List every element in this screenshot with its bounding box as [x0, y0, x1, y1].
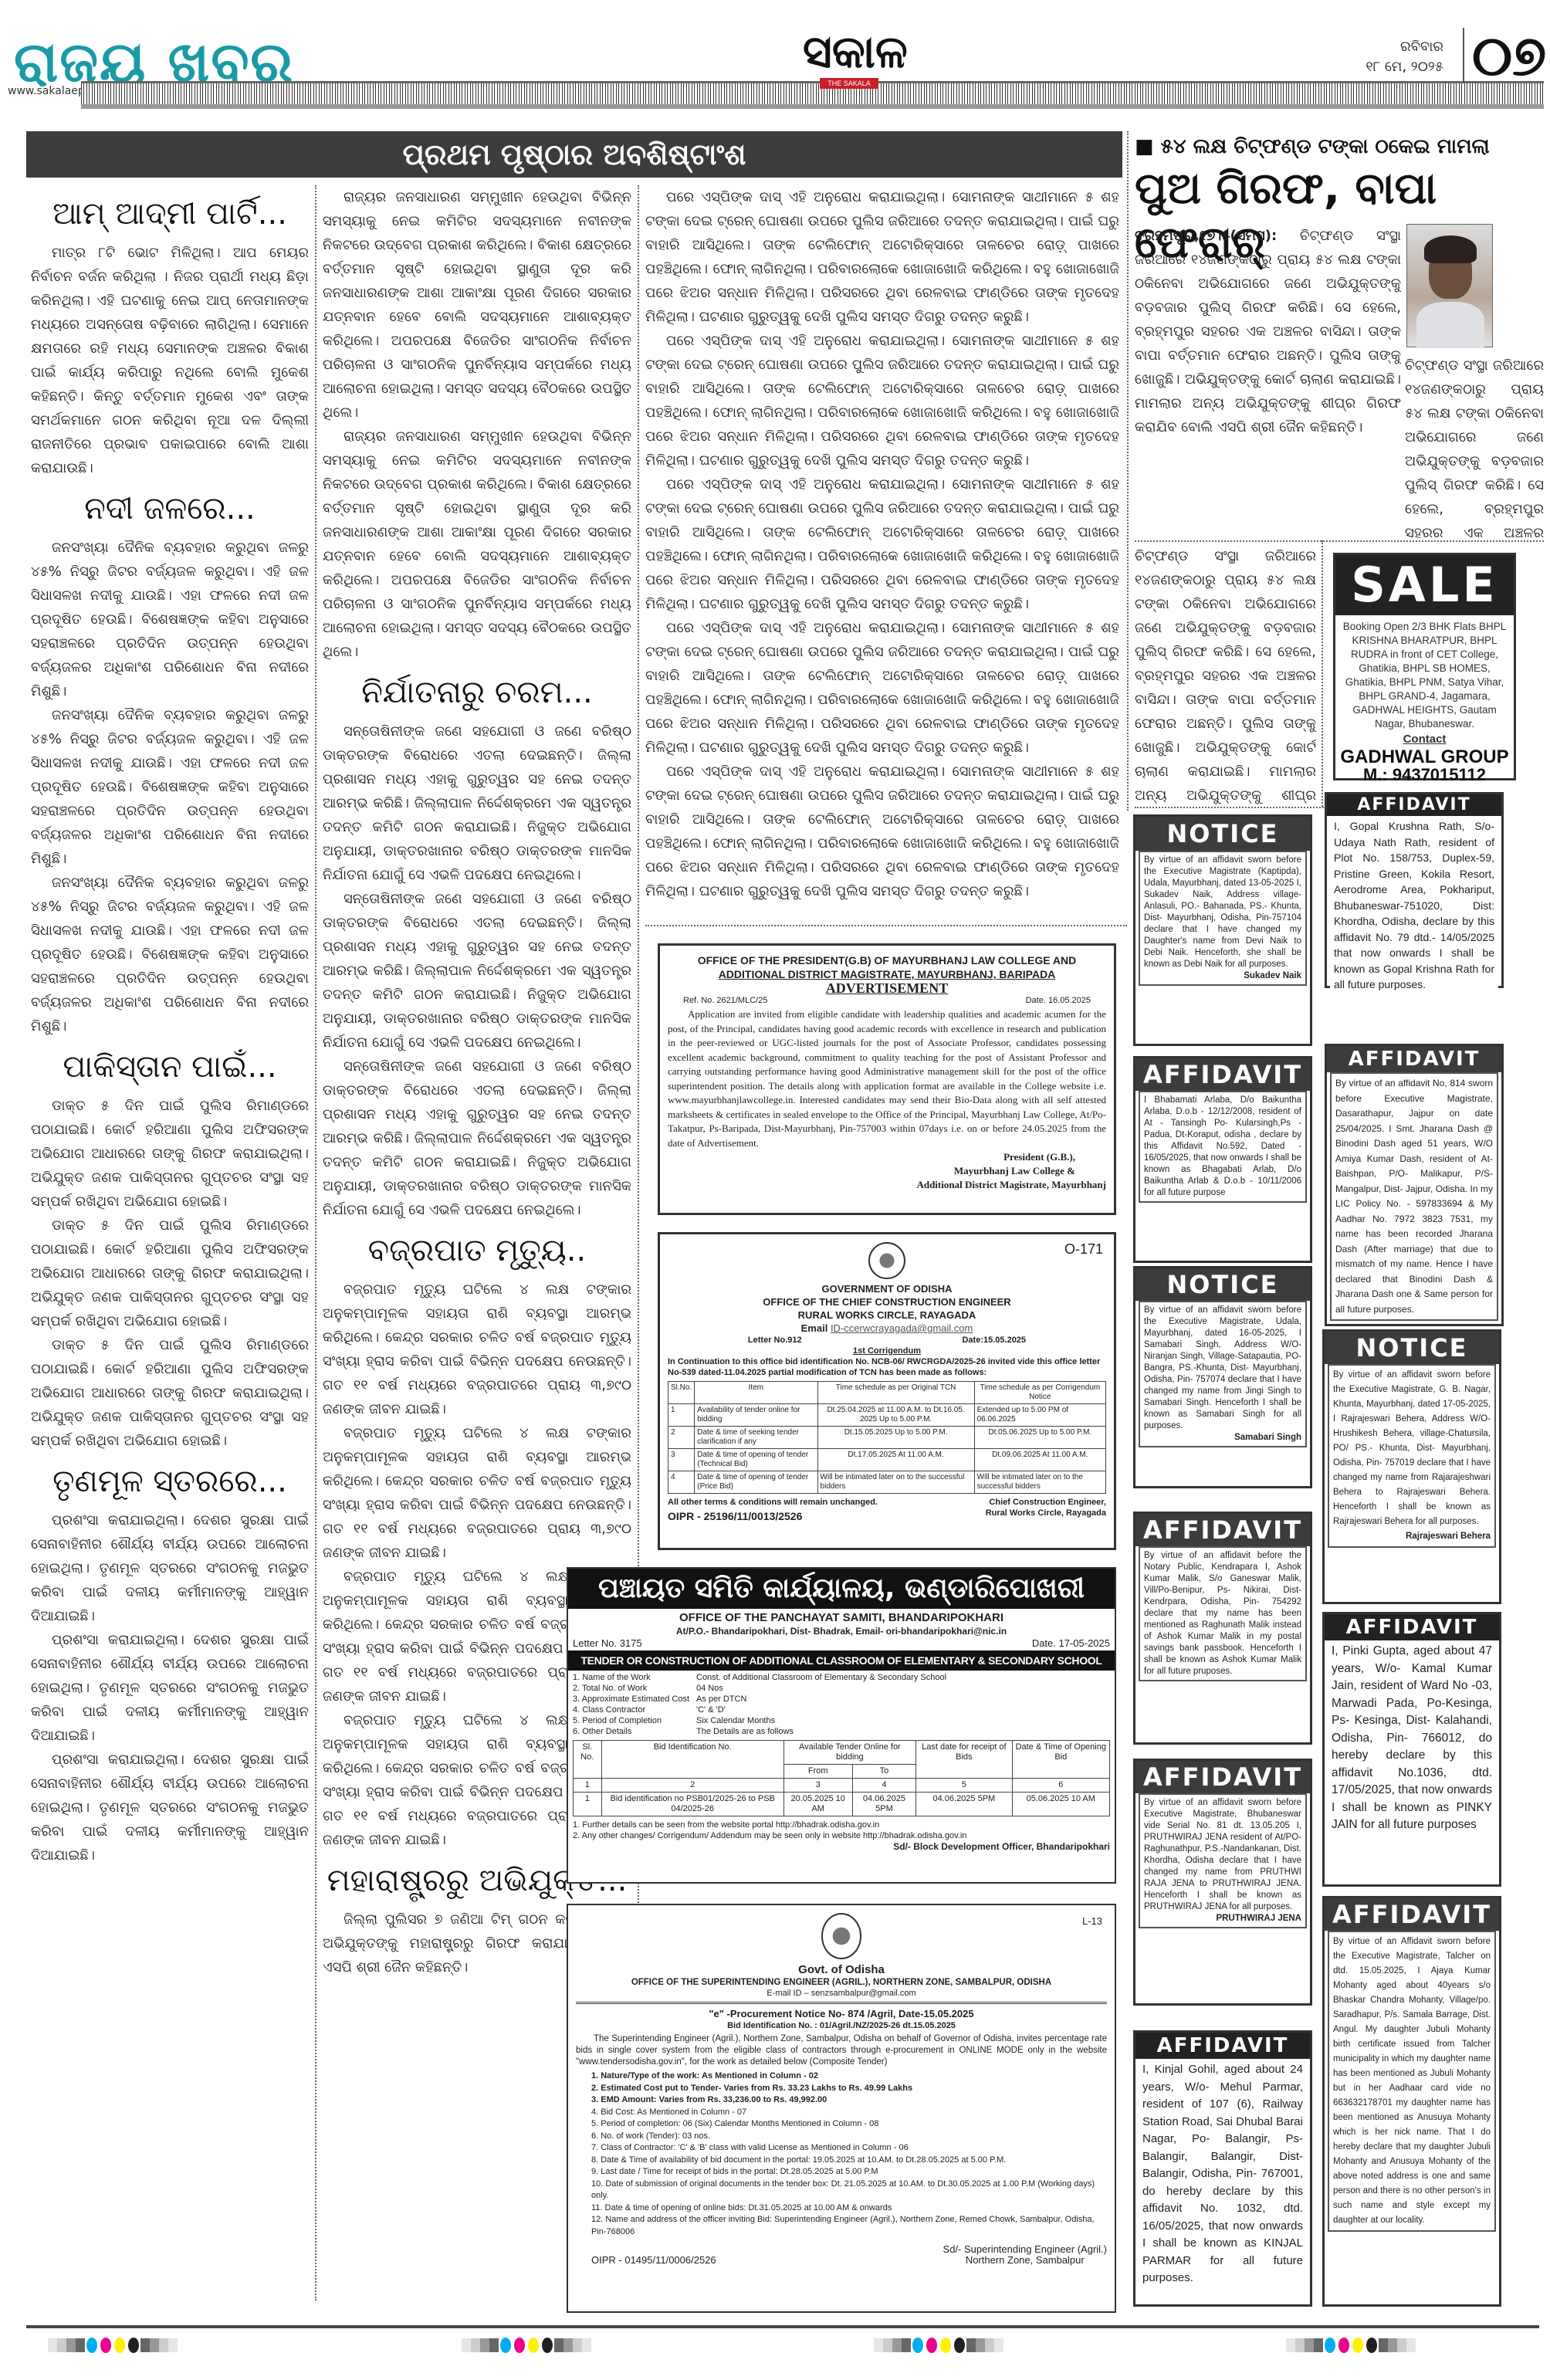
ad-office-line: OFFICE OF THE SUPERINTENDING ENGINEER (A…: [576, 1977, 1107, 1988]
ad-subtitle: TENDER OR CONSTRUCTION OF ADDITIONAL CLA…: [568, 1650, 1115, 1671]
oipr-number: OIPR - 25196/11/0013/2526: [668, 1511, 878, 1522]
ad-body: Application are invited from eligible ca…: [668, 1007, 1106, 1150]
article-body: ଜନସଂଖ୍ୟା ଦୈନିକ ବ୍ୟବହାର କରୁଥିବା ଜଳରୁ ୪୫% …: [31, 703, 309, 871]
article-body: ପରେ ଏସ୍‌ପିଙ୍କ ଦାସ୍ ଏହି ଅନୁରୋଧ କରାଯାଇଥିଲା…: [645, 329, 1119, 472]
detail-value: Const. of Additional Classroom of Elemen…: [696, 1672, 946, 1683]
classified-body: By virtue of an Affidavit sworn before t…: [1333, 1935, 1491, 2228]
classified-type: AFFIDAVIT: [1135, 1514, 1310, 1546]
table-cell: 5: [916, 1779, 1012, 1793]
classified-body: By virtue of an affidavit sworn before t…: [1144, 1305, 1301, 1432]
table-cell: Will be intimated later on to the succes…: [974, 1471, 1105, 1494]
article-body: ଜନସଂଖ୍ୟା ଦୈନିକ ବ୍ୟବହାର କରୁଥିବା ଜଳରୁ ୪୫% …: [31, 871, 309, 1038]
article-heading: ନଦୀ ଜଳରେ...: [31, 486, 309, 531]
table-subheader: To: [852, 1765, 915, 1779]
sambalpur-procurement-ad: L-13 Govt. of Odisha OFFICE OF THE SUPER…: [567, 1904, 1116, 2313]
email-label: Email: [801, 1322, 828, 1334]
article-body: ସନ୍ତୋଷିନୀଙ୍କ ଜଣେ ସହଯୋଗୀ ଓ ଜଣେ ବରିଷ୍ଠ ଡାକ…: [323, 1055, 631, 1222]
continuation-banner: ପ୍ରଥମ ପୃଷ୍ଠାର ଅବଶିଷ୍ଟାଂଶ: [26, 131, 1122, 178]
ad-ref-row: Ref. No. 2621/MLC/25 Date. 16.05.2025: [668, 995, 1106, 1006]
ad-signatory: Northern Zone, Sambalpur: [943, 2255, 1107, 2266]
story-body-top: ବ୍ରହ୍ମପୁର,୧୭।୫(ସମିସ): ଚିଟ୍‌ଫଣ୍ଡ ସଂସ୍ଥା ଜ…: [1135, 224, 1401, 533]
ad-signatory: Additional District Magistrate, Mayurbha…: [668, 1178, 1106, 1192]
ad-office-line: OFFICE OF THE PANCHAYAT SAMITI, BHANDARI…: [568, 1610, 1115, 1626]
classified-signature: Rajrajeswari Behera: [1333, 1529, 1491, 1544]
ad-item: 12. Name and address of the officer invi…: [591, 2214, 1107, 2238]
ad-date: Date:15.05.2025: [962, 1335, 1026, 1346]
ad-signatory: Sd/- Superintending Engineer (Agril.): [943, 2244, 1107, 2255]
ad-title: ADVERTISEMENT: [668, 983, 1106, 994]
classified-signature: PRUTHWIRAJ JENA: [1144, 1913, 1301, 1925]
classified-type: NOTICE: [1325, 1332, 1499, 1364]
ad-office-line: RURAL WORKS CIRCLE, RAYAGADA: [668, 1308, 1106, 1322]
table-cell: 04.06.2025 5PM: [916, 1793, 1012, 1816]
sale-ad-body: Booking Open 2/3 BHK Flats BHPL KRISHNA …: [1338, 620, 1511, 731]
classified-type: AFFIDAVIT: [1135, 1058, 1310, 1091]
table-cell: Extended up to 5.00 PM of 06.06.2025: [974, 1404, 1105, 1427]
classified-signature: Samabari Singh: [1144, 1432, 1301, 1444]
table-cell: Date & time of opening of tender (Price …: [695, 1471, 817, 1494]
classified-notice: NOTICE By virtue of an affidavit sworn b…: [1133, 814, 1312, 1046]
detail-value: 04 Nos: [696, 1683, 723, 1694]
article-body: ସନ୍ତୋଷିନୀଙ୍କ ଜଣେ ସହଯୋଗୀ ଓ ଜଣେ ବରିଷ୍ଠ ଡାକ…: [323, 719, 631, 887]
detail-label: 4. Class Contractor: [573, 1705, 696, 1715]
classified-notice: NOTICE By virtue of an affidavit sworn b…: [1133, 1266, 1312, 1488]
table-cell: 1: [574, 1779, 602, 1793]
ad-item: 4. Bid Cost: As Mentioned in Column - 07: [591, 2107, 1107, 2119]
ad-item: 8. Date & Time of availability of bid do…: [591, 2155, 1107, 2167]
article-column-1: ଆମ୍ ଆଦ୍ମୀ ପାର୍ଟି... ମାତ୍ର ୮ଟି ଭୋଟ ମିଳିଥି…: [31, 185, 309, 2300]
issue-date: ୧୮ ମେ, ୨୦୨୫: [1343, 59, 1443, 75]
table-row: 1Availability of tender online for biddi…: [668, 1404, 1106, 1427]
detail-value: The Details are as follows: [696, 1726, 794, 1737]
detail-label: 6. Other Details: [573, 1726, 696, 1737]
table-cell: Dt.05.06.2025 Up to 5.00 P.M.: [974, 1427, 1105, 1449]
table-cell: 2: [601, 1779, 783, 1793]
table-cell: 4: [852, 1779, 915, 1793]
print-color-bar: [462, 2338, 678, 2353]
classified-affidavit: AFFIDAVIT I, Pinki Gupta, aged about 47 …: [1322, 1612, 1501, 1887]
column-divider: [315, 185, 316, 2300]
ad-signatory: President (G.B.),: [668, 1150, 1075, 1164]
ad-office-line: OFFICE OF THE PRESIDENT(G.B) OF MAYURBHA…: [668, 953, 1106, 967]
article-body: ବଜ୍ରପାତ ମୃତ୍ୟୁ ଘଟିଲେ ୪ ଲକ୍ଷ ଟଙ୍କାର ଅନୁକମ…: [323, 1421, 631, 1565]
table-header: Time schedule as per Original TCN: [817, 1382, 974, 1404]
table-cell: Will be intimated later on to the succes…: [817, 1471, 974, 1494]
article-body: ଡାକ୍ତ ୫ ଦିନ ପାଇଁ ପୁଲିସ ରିମାଣ୍ଡରେ ପଠାଯାଇଛ…: [31, 1094, 309, 1214]
ad-signatory: Sd/- Block Development Officer, Bhandari…: [573, 1841, 1110, 1852]
logo-tagline: THE SAKALA: [820, 78, 878, 89]
table-cell: Dt.15.05.2025 Up to 5.00 P.M.: [817, 1427, 974, 1449]
article-body: ଡାକ୍ତ ୫ ଦିନ ପାଇଁ ପୁଲିସ ରିମାଣ୍ଡରେ ପଠାଯାଇଛ…: [31, 1333, 309, 1453]
ad-item: 9. Last date / Time for receipt of bids …: [591, 2166, 1107, 2179]
table-header: Last date for receipt of Bids: [916, 1741, 1012, 1779]
section-divider: [645, 925, 1127, 926]
table-row: 3Date & time of opening of tender (Techn…: [668, 1449, 1106, 1471]
table-cell: 2: [668, 1427, 695, 1449]
table-header: Date & Time of Opening Bid: [1012, 1741, 1109, 1779]
article-column-3: ପରେ ଏସ୍‌ପିଙ୍କ ଦାସ୍ ଏହି ଅନୁରୋଧ କରାଯାଇଥିଲା…: [645, 185, 1119, 903]
article-body: ଜନସଂଖ୍ୟା ଦୈନିକ ବ୍ୟବହାର କରୁଥିବା ଜଳରୁ ୪୫% …: [31, 536, 309, 703]
article-body: ପରେ ଏସ୍‌ପିଙ୍କ ଦାସ୍ ଏହି ଅନୁରୋଧ କରାଯାଇଥିଲା…: [645, 616, 1119, 760]
detail-label: 1. Name of the Work: [573, 1672, 696, 1683]
classified-type: AFFIDAVIT: [1327, 1046, 1501, 1072]
table-cell: 20.05.2025 10 AM: [783, 1793, 852, 1816]
sale-ad-title: SALE: [1335, 555, 1514, 615]
ad-code: O-171: [1064, 1244, 1103, 1254]
table-cell: 3: [668, 1449, 695, 1471]
classified-body: I, Kinjal Gohil, aged about 24 years, W/…: [1142, 2061, 1303, 2287]
article-body: ମାତ୍ର ୮ଟି ଭୋଟ ମିଳିଥିଲା। ଆପ ମେୟର ନିର୍ବାଚନ…: [31, 241, 309, 480]
ad-office-line: OFFICE OF THE CHIEF CONSTRUCTION ENGINEE…: [668, 1295, 1106, 1308]
article-body: ରାଜ୍ୟର ଜନସାଧାରଣ ସମ୍ମୁଖୀନ ହେଉଥିବା ବିଭିନ୍ନ…: [323, 425, 631, 664]
print-color-bar: [874, 2338, 1090, 2353]
story-text: ଚିଟ୍‌ଫଣ୍ଡ ସଂସ୍ଥା ଜରିଆରେ ୧୪ଜଣଙ୍କଠାରୁ ପ୍ରା…: [1405, 357, 1544, 539]
ad-address: At/P.O.- Bhandaripokhari, Dist- Bhadrak,…: [568, 1626, 1115, 1637]
table-cell: Dt.25.04.2025 at 11.00 A.M. to Dt.16.05.…: [817, 1404, 974, 1427]
ad-letter-no: Letter No.912: [748, 1335, 802, 1346]
ad-office-line: GOVERNMENT OF ODISHA: [668, 1282, 1106, 1295]
table-header-row: Sl.No. Item Time schedule as per Origina…: [668, 1382, 1106, 1404]
classified-affidavit: AFFIDAVIT I Bhabamati Arlaba, D/o Baikun…: [1133, 1056, 1312, 1263]
ad-note: 2. Any other changes/ Corrigendum/ Adden…: [573, 1830, 1110, 1841]
article-heading: ନିର୍ଯାତନାରୁ ଚରମ...: [323, 670, 631, 715]
classified-affidavit: AFFIDAVIT By virtue of an Affidavit swor…: [1322, 1896, 1501, 2307]
detail-label: 3. Approximate Estimated Cost: [573, 1694, 696, 1705]
print-color-bar: [1286, 2338, 1502, 2353]
classified-affidavit: AFFIDAVIT By virtue of an affidavit befo…: [1133, 1512, 1312, 1745]
story-body-side: ଚିଟ୍‌ଫଣ୍ଡ ସଂସ୍ଥା ଜରିଆରେ ୧୪ଜଣଙ୍କଠାରୁ ପ୍ରା…: [1405, 354, 1544, 539]
ad-letter-no: Letter No. 3175: [573, 1638, 642, 1649]
table-cell: Date & time of seeking tender clarificat…: [695, 1427, 817, 1449]
article-heading: ତୃଣମୂଳ ସ୍ତରରେ...: [31, 1459, 309, 1504]
sale-ad: SALE Booking Open 2/3 BHK Flats BHPL KRI…: [1333, 553, 1516, 780]
ad-email[interactable]: E-mail ID – senzsambalpur@gmail.com: [576, 1988, 1107, 1999]
classified-body: By virtue of an affidavit before the Not…: [1144, 1550, 1301, 1678]
classified-type: AFFIDAVIT: [1135, 1761, 1310, 1793]
article-body: ବଜ୍ରପାତ ମୃତ୍ୟୁ ଘଟିଲେ ୪ ଲକ୍ଷ ଟଙ୍କାର ଅନୁକମ…: [323, 1278, 631, 1421]
article-body: ପରେ ଏସ୍‌ପିଙ୍କ ଦାସ୍ ଏହି ଅନୁରୋଧ କରାଯାଇଥିଲା…: [645, 185, 1119, 329]
accused-photo: [1406, 224, 1493, 347]
article-heading: ପାକିସ୍ତାନ ପାଇଁ...: [31, 1044, 309, 1089]
classified-body: By virtue of an affidavit sworn before E…: [1144, 1797, 1301, 1913]
classified-body: I Bhabamati Arlaba, D/o Baikuntha Arlaba…: [1144, 1095, 1301, 1199]
newspaper-logo: ସକାଳ THE SAKALA: [803, 29, 895, 89]
ad-intro: The Superintending Engineer (Agril.), No…: [576, 2033, 1107, 2068]
classified-notice: NOTICE By virtue of an affidavit sworn b…: [1322, 1329, 1501, 1604]
classified-affidavit: AFFIDAVIT I, Gopal Krushna Rath, S/o- Ud…: [1325, 792, 1504, 988]
section-divider: [1135, 540, 1544, 542]
classified-type: NOTICE: [1135, 1268, 1310, 1301]
ad-notice-no: "e" -Procurement Notice No- 874 /Agril, …: [576, 2007, 1107, 2020]
ad-signatory: Rural Works Circle, Rayagada: [986, 1508, 1106, 1518]
story-body-bottom: ଚିଟ୍‌ଫଣ୍ଡ ସଂସ୍ଥା ଜରିଆରେ ୧୪ଜଣଙ୍କଠାରୁ ପ୍ରା…: [1135, 544, 1316, 807]
ad-ref: Ref. No. 2621/MLC/25: [683, 995, 767, 1006]
column-divider: [1322, 540, 1323, 807]
article-body: ସନ୍ତୋଷିନୀଙ୍କ ଜଣେ ସହଯୋଗୀ ଓ ଜଣେ ବରିଷ୍ଠ ଡାକ…: [323, 887, 631, 1055]
page-number: ୦୭: [1463, 28, 1546, 83]
story-dateline: ବ୍ରହ୍ମପୁର,୧୭।୫(ସମିସ):: [1135, 228, 1277, 244]
ad-date: Date. 17-05-2025: [1032, 1638, 1110, 1649]
panchayat-tender-ad: ପଞ୍ଚାୟତ ସମିତି କାର୍ଯ୍ୟାଳୟ, ଭଣ୍ଡାରିପୋଖରୀ O…: [567, 1567, 1116, 1884]
classified-affidavit: AFFIDAVIT I, Kinjal Gohil, aged about 24…: [1133, 2030, 1312, 2307]
article-body: ଡାକ୍ତ ୫ ଦିନ ପାଇଁ ପୁଲିସ ରିମାଣ୍ଡରେ ପଠାଯାଇଛ…: [31, 1214, 309, 1333]
ad-odia-title: ପଞ୍ଚାୟତ ସମିତି କାର୍ଯ୍ୟାଳୟ, ଭଣ୍ଡାରିପୋଖରୀ: [568, 1569, 1115, 1609]
ad-email-link[interactable]: ID-ccerwcrayagada@gmail.com: [831, 1322, 973, 1334]
classified-affidavit: AFFIDAVIT By virtue of an affidavit No, …: [1325, 1044, 1504, 1326]
ad-title: 1st Corrigendum: [668, 1346, 1106, 1356]
table-cell: 05.06.2025 10 AM: [1012, 1793, 1109, 1816]
ad-item: 10. Date of submission of original docum…: [591, 2179, 1107, 2202]
detail-value: Six Calendar Months: [696, 1715, 775, 1726]
ad-item: 7. Class of Contractor: 'C' & 'B' class …: [591, 2142, 1107, 2155]
classified-body: I, Gopal Krushna Rath, S/o- Udaya Nath R…: [1334, 818, 1494, 993]
table-row: 1Bid identification no PSB01/2025-26 to …: [574, 1793, 1110, 1816]
story-text: ଚିଟ୍‌ଫଣ୍ଡ ସଂସ୍ଥା ଜରିଆରେ ୧୪ଜଣଙ୍କଠାରୁ ପ୍ରା…: [1135, 548, 1316, 807]
classified-type: AFFIDAVIT: [1325, 1614, 1499, 1640]
table-header: Sl. No.: [574, 1741, 602, 1779]
ad-note: 1. Further details can be seen from the …: [573, 1820, 1110, 1830]
table-header: Time schedule as per Corrigendum Notice: [974, 1382, 1105, 1404]
india-emblem-icon: [821, 1913, 861, 1959]
table-row: 2Date & time of seeking tender clarifica…: [668, 1427, 1106, 1449]
classified-affidavit: AFFIDAVIT By virtue of an affidavit swor…: [1133, 1759, 1312, 2006]
classified-body: I, Pinki Gupta, aged about 47 years, W/o…: [1332, 1643, 1492, 1834]
table-subheader: From: [783, 1765, 852, 1779]
ad-item: 2. Estimated Cost put to Tender- Varies …: [591, 2083, 1107, 2095]
article-body: ପ୍ରଶଂସା କରାଯାଇଥିଲା। ଦେଶର ସୁରକ୍ଷା ପାଇଁ ସେ…: [31, 1748, 309, 1867]
classified-body: By virtue of an affidavit sworn before t…: [1333, 1368, 1491, 1529]
ad-item: 11. Date & time of opening of online bid…: [591, 2202, 1107, 2215]
article-body: ରାଜ୍ୟର ଜନସାଧାରଣ ସମ୍ମୁଖୀନ ହେଉଥିବା ବିଭିନ୍ନ…: [323, 185, 631, 425]
table-cell: 3: [783, 1779, 852, 1793]
article-heading: ଆମ୍ ଆଦ୍ମୀ ପାର୍ଟି...: [31, 191, 309, 236]
ad-office-line: Govt. of Odisha: [576, 1962, 1107, 1977]
table-row: 4Date & time of opening of tender (Price…: [668, 1471, 1106, 1494]
ad-intro: In Continuation to this office bid ident…: [668, 1356, 1106, 1378]
classified-type: NOTICE: [1135, 817, 1310, 851]
corrigendum-table: Sl.No. Item Time schedule as per Origina…: [668, 1381, 1106, 1494]
ad-item: 5. Period of completion: 06 (Six) Calend…: [591, 2118, 1107, 2131]
ad-item: 3. EMD Amount: Varies from Rs. 33,236.00…: [591, 2094, 1107, 2107]
table-header: Bid Identification No.: [601, 1741, 783, 1779]
table-cell: Dt.17.05.2025 At 11.00 A.M.: [817, 1449, 974, 1471]
ad-footer: All other terms & conditions will remain…: [668, 1497, 878, 1508]
table-cell: 1: [574, 1793, 602, 1816]
print-color-bar: [48, 2338, 264, 2353]
footer-rule: [26, 2325, 1539, 2328]
law-college-advertisement: OFFICE OF THE PRESIDENT(G.B) OF MAYURBHA…: [658, 943, 1116, 1215]
article-body: ପ୍ରଶଂସା କରାଯାଇଥିଲା। ଦେଶର ସୁରକ୍ଷା ପାଇଁ ସେ…: [31, 1628, 309, 1748]
table-cell: Bid identification no PSB01/2025-26 to P…: [601, 1793, 783, 1816]
table-cell: 04.06.2025 5PM: [852, 1793, 915, 1816]
ad-signatory: Mayurbhanj Law College &: [668, 1164, 1075, 1178]
story-text: ଚିଟ୍‌ଫଣ୍ଡ ସଂସ୍ଥା ଜରିଆରେ ୧୪ଜଣଙ୍କଠାରୁ ପ୍ରା…: [1135, 228, 1401, 435]
table-cell: 4: [668, 1471, 695, 1494]
bid-table: Sl. No.Bid Identification No.Available T…: [573, 1740, 1110, 1816]
issue-day: ରବିବାର: [1359, 39, 1443, 55]
detail-value: 'C' & 'D': [696, 1705, 726, 1715]
ad-date: Date. 16.05.2025: [1026, 995, 1091, 1006]
table-header: Item: [695, 1382, 817, 1404]
article-heading: ବଜ୍ରପାତ ମୃତ୍ୟୁ..: [323, 1228, 631, 1273]
story-kicker: ୫୪ ଲକ୍ଷ ଚିଟ୍‌ଫଣ୍ଡ ଟଙ୍କା ଠକେଇ ମାମଲା: [1135, 135, 1490, 159]
article-body: ପରେ ଏସ୍‌ପିଙ୍କ ଦାସ୍ ଏହି ଅନୁରୋଧ କରାଯାଇଥିଲା…: [645, 760, 1119, 903]
article-body: ପ୍ରଶଂସା କରାଯାଇଥିଲା। ଦେଶର ସୁରକ୍ଷା ପାଇଁ ସେ…: [31, 1508, 309, 1628]
classified-body: By virtue of an affidavit sworn before t…: [1144, 855, 1301, 970]
table-header: Available Tender Online for bidding: [783, 1741, 916, 1765]
sale-ad-contact-label: Contact: [1338, 733, 1511, 747]
detail-value: As per DTCN: [696, 1694, 746, 1705]
table-cell: 1: [668, 1404, 695, 1427]
classified-type: AFFIDAVIT: [1135, 2033, 1310, 2059]
table-cell: Date & time of opening of tender (Techni…: [695, 1449, 817, 1471]
ad-code: L-13: [1082, 1916, 1102, 1927]
logo-wordmark: ସକାଳ: [803, 29, 895, 74]
table-cell: Availability of tender online for biddin…: [695, 1404, 817, 1427]
ad-office-line: ADDITIONAL DISTRICT MAGISTRATE, MAYURBHA…: [668, 967, 1106, 981]
classified-signature: Sukadev Naik: [1144, 970, 1301, 982]
table-cell: 6: [1012, 1779, 1109, 1793]
rayagada-corrigendum-ad: O-171 GOVERNMENT OF ODISHA OFFICE OF THE…: [658, 1232, 1116, 1550]
classified-body: By virtue of an affidavit No, 814 sworn …: [1335, 1076, 1493, 1317]
oipr-number: OIPR - 01495/11/0006/2526: [576, 2255, 716, 2266]
detail-label: 2. Total No. of Work: [573, 1683, 696, 1694]
article-body: ପରେ ଏସ୍‌ପିଙ୍କ ଦାସ୍ ଏହି ଅନୁରୋଧ କରାଯାଇଥିଲା…: [645, 472, 1119, 616]
classified-type: AFFIDAVIT: [1325, 1898, 1499, 1931]
column-divider: [1127, 131, 1129, 811]
classified-type: AFFIDAVIT: [1327, 794, 1501, 816]
ad-item: 1. Nature/Type of the work: As Mentioned…: [591, 2070, 1107, 2083]
detail-label: 5. Period of Completion: [573, 1715, 696, 1726]
odisha-emblem-icon: [868, 1242, 905, 1279]
ad-signatory: Chief Construction Engineer,: [986, 1497, 1106, 1508]
table-cell: Dt.09.06.2025 At 11.00 A.M.: [974, 1449, 1105, 1471]
section-divider: [1135, 807, 1324, 808]
sale-ad-phone: M.: 9437015112: [1338, 768, 1511, 782]
table-header: Sl.No.: [668, 1382, 695, 1404]
ad-bid-id: Bid Identification No. : 01/Agril./NZ/20…: [576, 2020, 1107, 2031]
ad-item: 6. No. of work (Tender): 03 nos.: [591, 2131, 1107, 2143]
